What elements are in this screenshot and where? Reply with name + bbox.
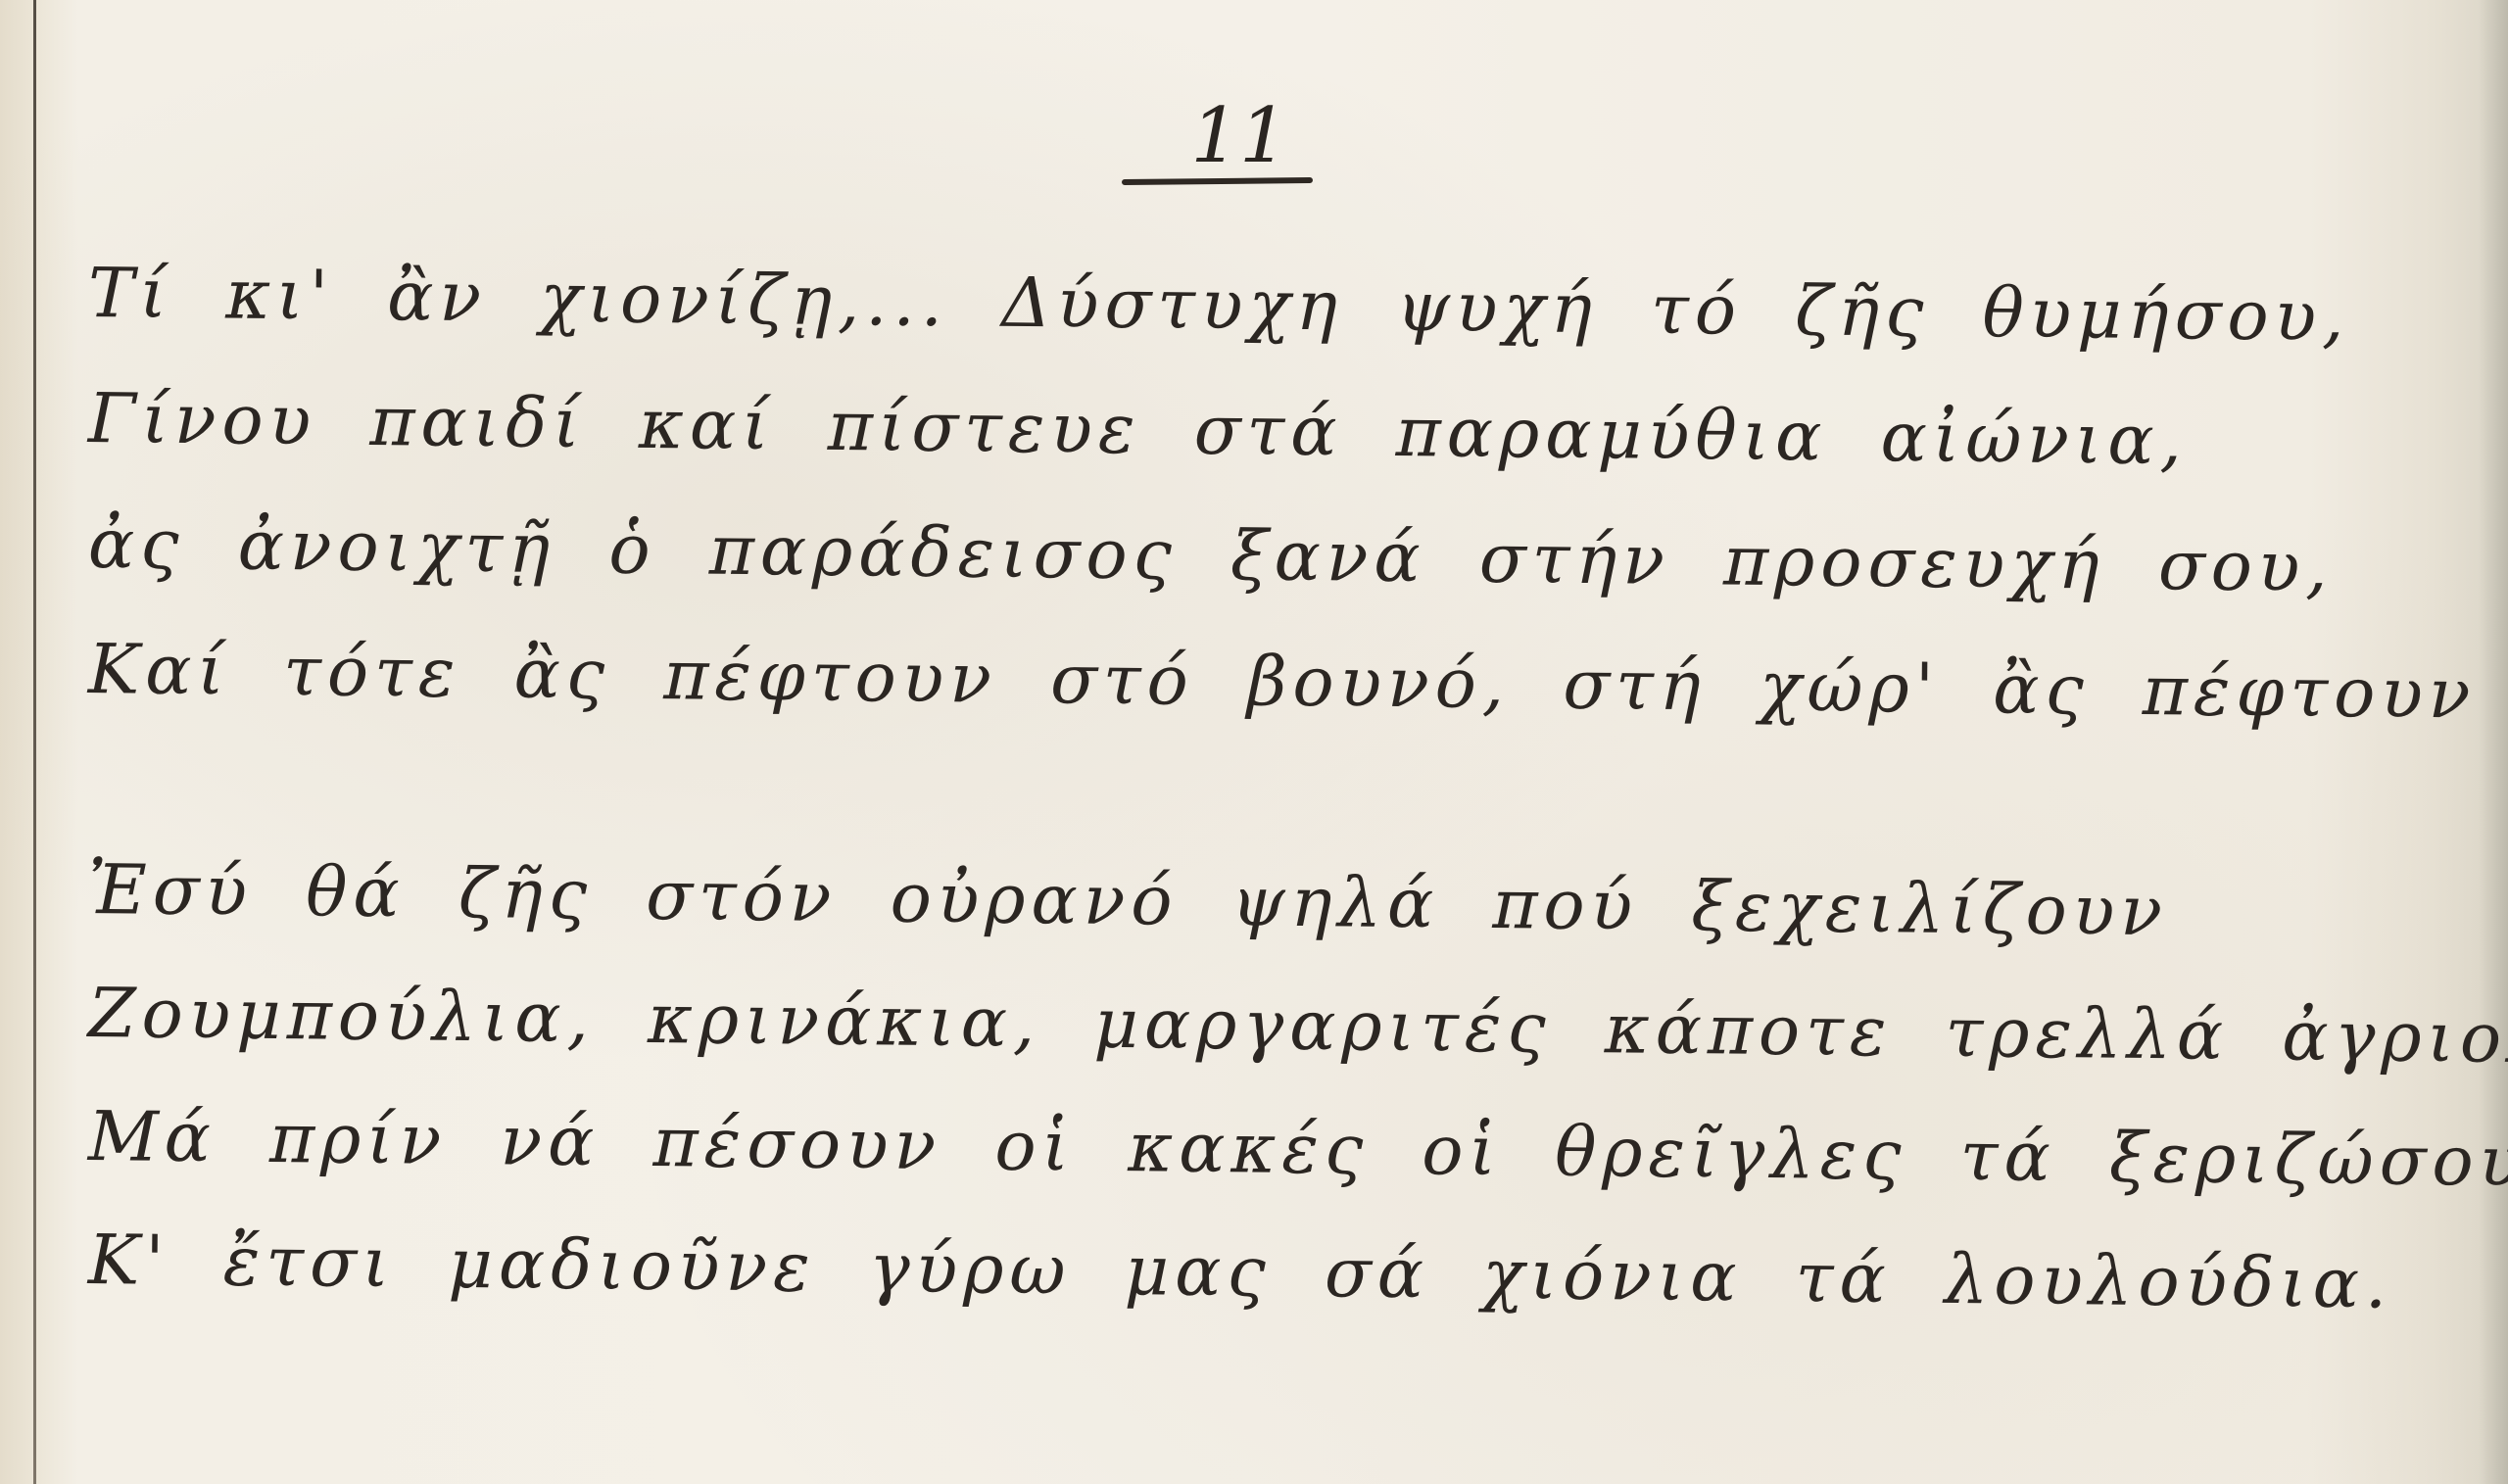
- verse-line: Ἐσύ θά ζῆς στόν οὐρανό ψηλά πού ξεχειλίζ…: [87, 828, 2479, 977]
- verse-line: Μά πρίν νά πέσουν οἱ κακές οἱ θρεῖγλες τ…: [87, 1075, 2479, 1223]
- stanza-1: Τί κι' ἂν χιονίζῃ,... Δύστυχη ψυχή τό ζῆ…: [88, 230, 2479, 732]
- page-number: 11: [1161, 98, 1318, 174]
- verse-line: Κ' ἔτσι μαδιοῦνε γύρω μας σά χιόνια τά λ…: [87, 1198, 2479, 1347]
- verse-line: Τί κι' ἂν χιονίζῃ,... Δύστυχη ψυχή τό ζῆ…: [87, 230, 2479, 381]
- page-number-underline: [1122, 177, 1313, 185]
- verse-line: ἀς ἀνοιχτῇ ὁ παράδεισος ξανά στήν προσευ…: [87, 481, 2479, 632]
- stanza-2: Ἐσύ θά ζῆς στόν οὐρανό ψηλά πού ξεχειλίζ…: [88, 828, 2479, 1321]
- page-gutter-shadow: [2479, 0, 2508, 1484]
- manuscript-page: 11 Τί κι' ἂν χιονίζῃ,... Δύστυχη ψυχή τό…: [0, 0, 2508, 1484]
- left-margin-rule: [33, 0, 36, 1484]
- verse-line: Γίνου παιδί καί πίστευε στά παραμύθια αἰ…: [87, 356, 2479, 506]
- verse-line: Ζουμπούλια, κρινάκια, μαργαριτές κάποτε …: [87, 951, 2479, 1100]
- verse-line: Καί τότε ἂς πέφτουν στό βουνό, στή χώρ' …: [87, 606, 2479, 757]
